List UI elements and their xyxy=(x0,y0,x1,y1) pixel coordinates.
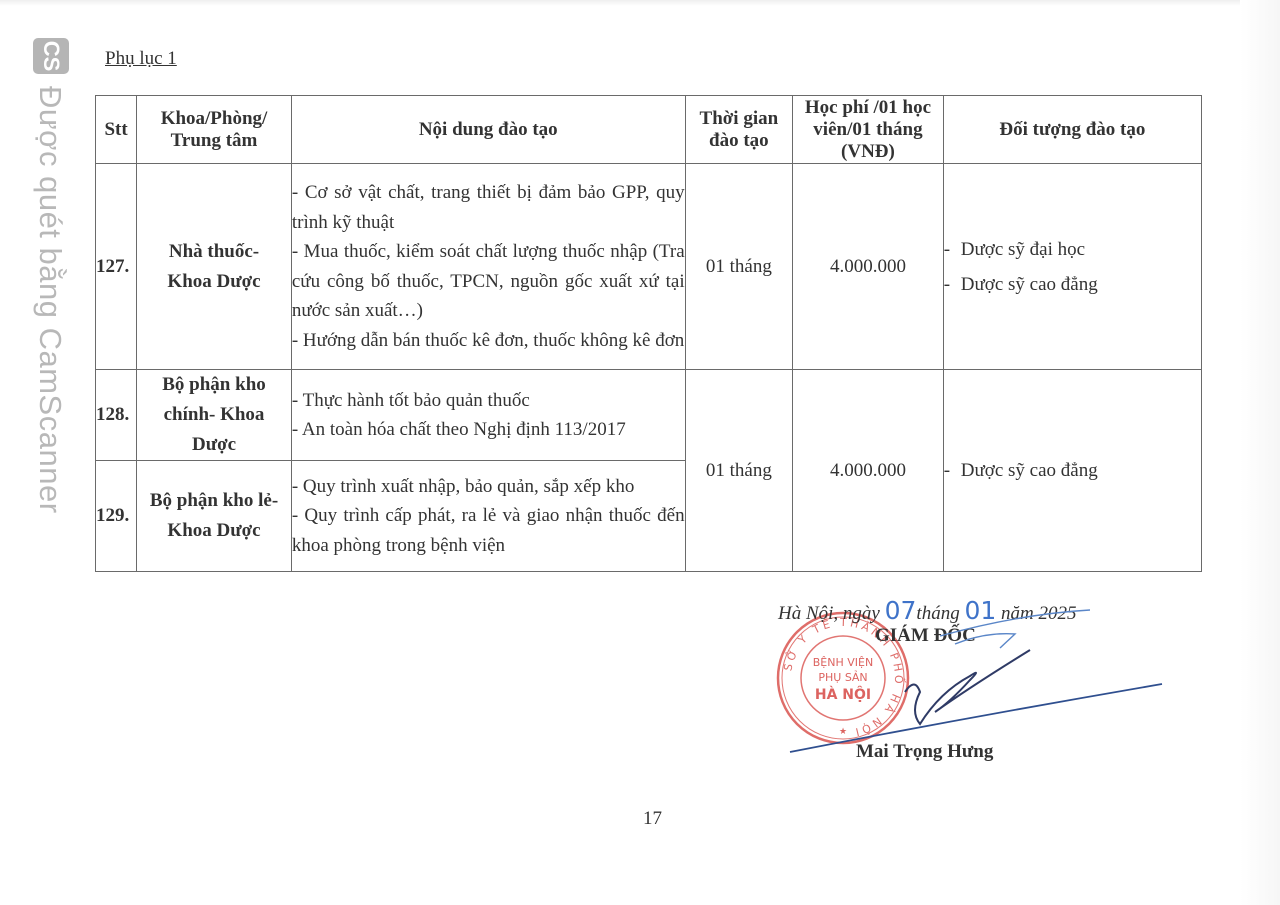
row-department: Bộ phận khochính- KhoaDược xyxy=(137,370,292,461)
header-fee: Học phí /01 họcviên/01 tháng(VNĐ) xyxy=(793,96,944,164)
row-content: - Thực hành tốt bảo quản thuốc - An toàn… xyxy=(291,370,685,461)
header-stt: Stt xyxy=(96,96,137,164)
header-content: Nội dung đào tạo xyxy=(291,96,685,164)
row-content: - Quy trình xuất nhập, bảo quản, sắp xếp… xyxy=(291,461,685,572)
row-stt: 128. xyxy=(96,370,137,461)
row-target: -Dược sỹ đại học -Dược sỹ cao đẳng xyxy=(943,164,1201,370)
table-row: 127. Nhà thuốc-Khoa Dược - Cơ sở vật chấ… xyxy=(96,164,1202,370)
row-stt: 129. xyxy=(96,461,137,572)
row-stt: 127. xyxy=(96,164,137,370)
row-department: Nhà thuốc-Khoa Dược xyxy=(137,164,292,370)
row-duration: 01 tháng xyxy=(685,370,792,572)
training-table: Stt Khoa/Phòng/Trung tâm Nội dung đào tạ… xyxy=(95,95,1202,572)
header-department: Khoa/Phòng/Trung tâm xyxy=(137,96,292,164)
signature-block: SỞ Y TẾ THÀNH PHỐ HÀ NỘI BỆNH VIỆN PHỤ S… xyxy=(770,592,1190,782)
page-edge xyxy=(1240,0,1280,905)
header-duration: Thời gianđào tạo xyxy=(685,96,792,164)
row-fee: 4.000.000 xyxy=(793,164,944,370)
signer-name: Mai Trọng Hưng xyxy=(856,741,993,763)
page-number: 17 xyxy=(0,808,1280,830)
camscanner-watermark: Được quét bằng CamScanner xyxy=(32,86,68,514)
row-department: Bộ phận kho lẻ-Khoa Dược xyxy=(137,461,292,572)
row-duration: 01 tháng xyxy=(685,164,792,370)
table-row: 128. Bộ phận khochính- KhoaDược - Thực h… xyxy=(96,370,1202,461)
row-target: -Dược sỹ cao đẳng xyxy=(943,370,1201,572)
row-content: - Cơ sở vật chất, trang thiết bị đảm bảo… xyxy=(291,164,685,370)
appendix-title: Phụ lục 1 xyxy=(105,48,177,70)
header-target: Đối tượng đào tạo xyxy=(943,96,1201,164)
page-edge xyxy=(0,0,1280,6)
camscanner-logo-icon: CS xyxy=(33,38,69,74)
table-header-row: Stt Khoa/Phòng/Trung tâm Nội dung đào tạ… xyxy=(96,96,1202,164)
row-fee: 4.000.000 xyxy=(793,370,944,572)
